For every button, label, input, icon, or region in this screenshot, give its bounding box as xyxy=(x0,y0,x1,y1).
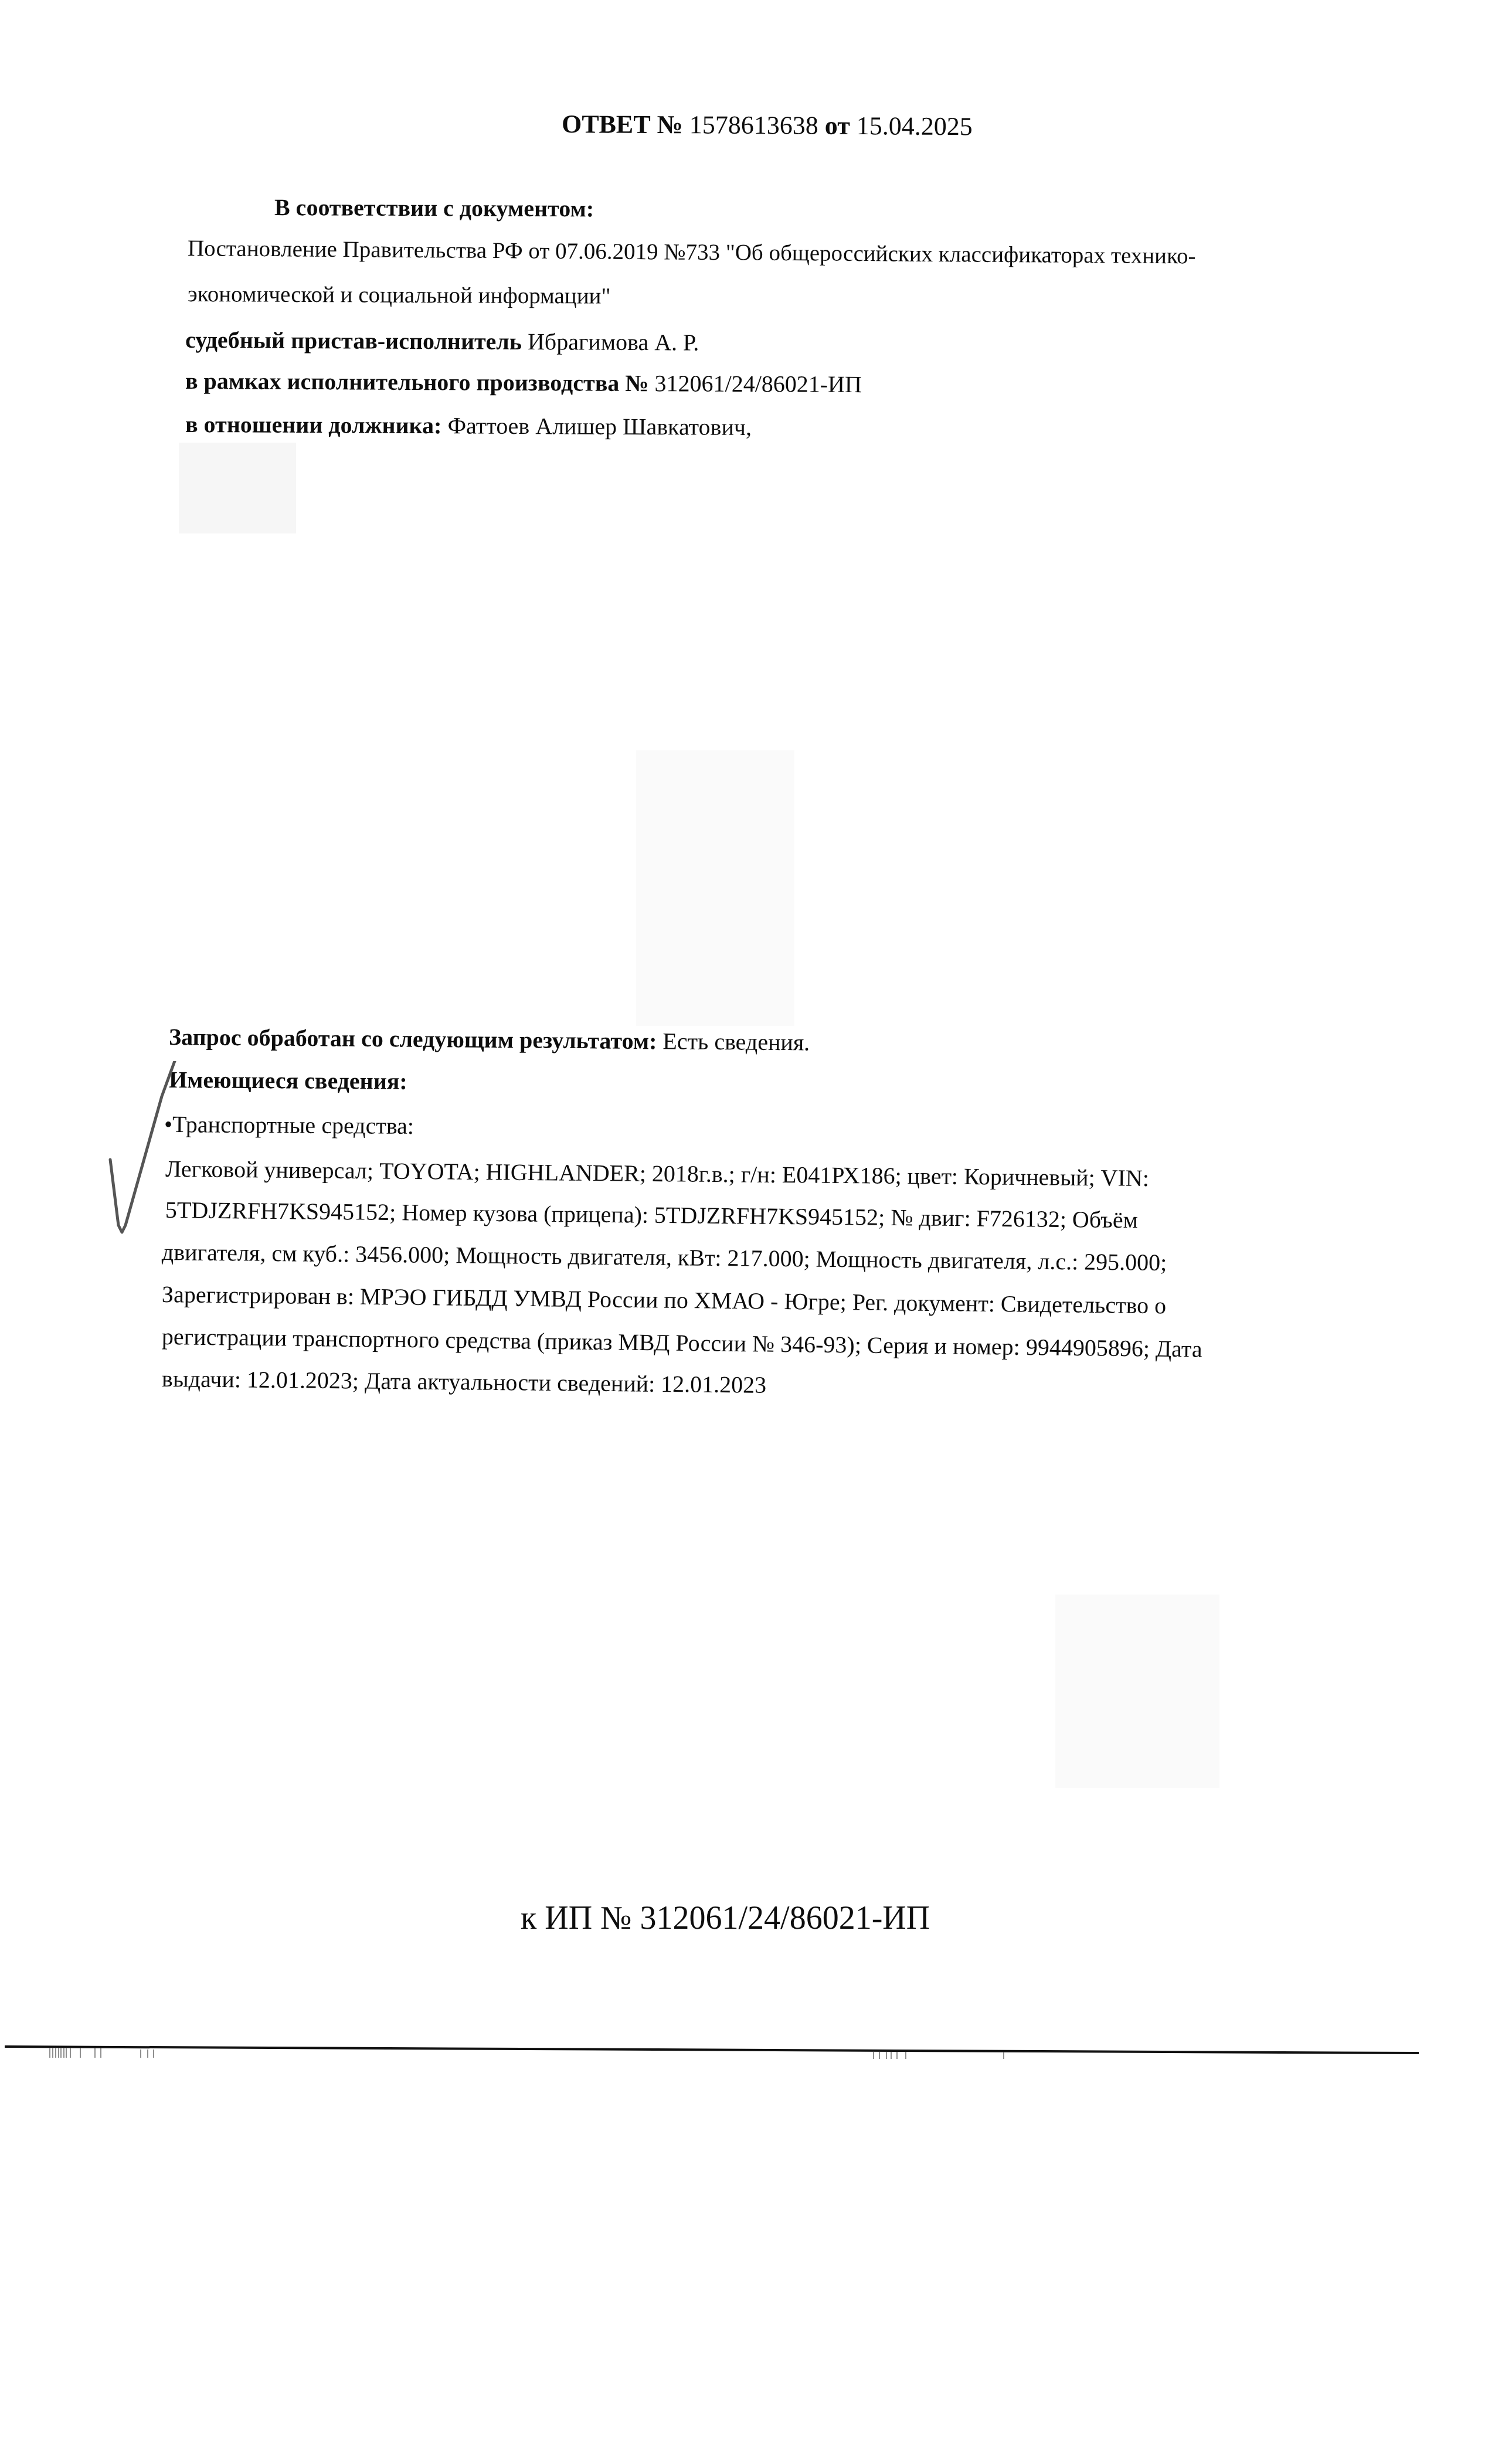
result-line: Запрос обработан со следующим результато… xyxy=(169,1023,810,1057)
result-label: Запрос обработан со следующим результато… xyxy=(169,1024,657,1054)
debtor-line: в отношении должника: Фаттоев Алишер Шав… xyxy=(185,410,752,441)
scan-artifact xyxy=(1055,1595,1219,1788)
officer-label: судебный пристав-исполнитель xyxy=(185,327,522,355)
vehicle-line-6: выдачи: 12.01.2023; Дата актуальности св… xyxy=(162,1365,767,1399)
officer-name: Ибрагимова А. Р. xyxy=(528,328,699,356)
proceeding-reference-note: к ИП № 312061/24/86021-ИП xyxy=(521,1899,930,1937)
date-prefix: от xyxy=(825,111,850,140)
vehicle-line-5: регистрации транспортного средства (прик… xyxy=(162,1323,1202,1364)
vehicle-line-1: Легковой универсал; TOYOTA; HIGHLANDER; … xyxy=(165,1155,1149,1192)
response-date: 15.04.2025 xyxy=(857,111,973,141)
basis-heading: В соответствии с документом: xyxy=(274,193,594,223)
response-number: 1578613638 xyxy=(689,110,818,140)
info-category: •Транспортные средства: xyxy=(164,1110,414,1140)
proceeding-label: в рамках исполнительного производства № xyxy=(185,368,649,396)
scan-edge-line xyxy=(0,2040,1495,2064)
info-heading: Имеющиеся сведения: xyxy=(169,1066,407,1096)
response-title: ОТВЕТ № 1578613638 от 15.04.2025 xyxy=(562,110,973,141)
title-prefix: ОТВЕТ № xyxy=(562,110,683,139)
scanned-document-page: ОТВЕТ № 1578613638 от 15.04.2025 В соотв… xyxy=(0,0,1495,2464)
vehicle-line-3: двигателя, см куб.: 3456.000; Мощность д… xyxy=(162,1238,1167,1277)
officer-line: судебный пристав-исполнитель Ибрагимова … xyxy=(185,326,699,357)
basis-document-line-1: Постановление Правительства РФ от 07.06.… xyxy=(188,234,1196,271)
proceeding-line: в рамках исполнительного производства № … xyxy=(185,367,862,399)
scan-artifact xyxy=(636,750,794,1026)
scan-artifact xyxy=(179,443,296,533)
checkmark-icon xyxy=(106,1061,188,1255)
debtor-label: в отношении должника: xyxy=(185,411,442,439)
result-value: Есть сведения. xyxy=(662,1028,810,1055)
debtor-name: Фаттоев Алишер Шавкатович, xyxy=(447,412,752,440)
vehicle-line-4: Зарегистрирован в: МРЭО ГИБДД УМВД Росси… xyxy=(162,1280,1167,1320)
vehicle-line-2: 5TDJZRFH7KS945152; Номер кузова (прицепа… xyxy=(165,1196,1138,1234)
proceeding-number: 312061/24/86021-ИП xyxy=(654,370,862,397)
basis-document-line-2: экономической и социальной информации" xyxy=(188,280,611,311)
